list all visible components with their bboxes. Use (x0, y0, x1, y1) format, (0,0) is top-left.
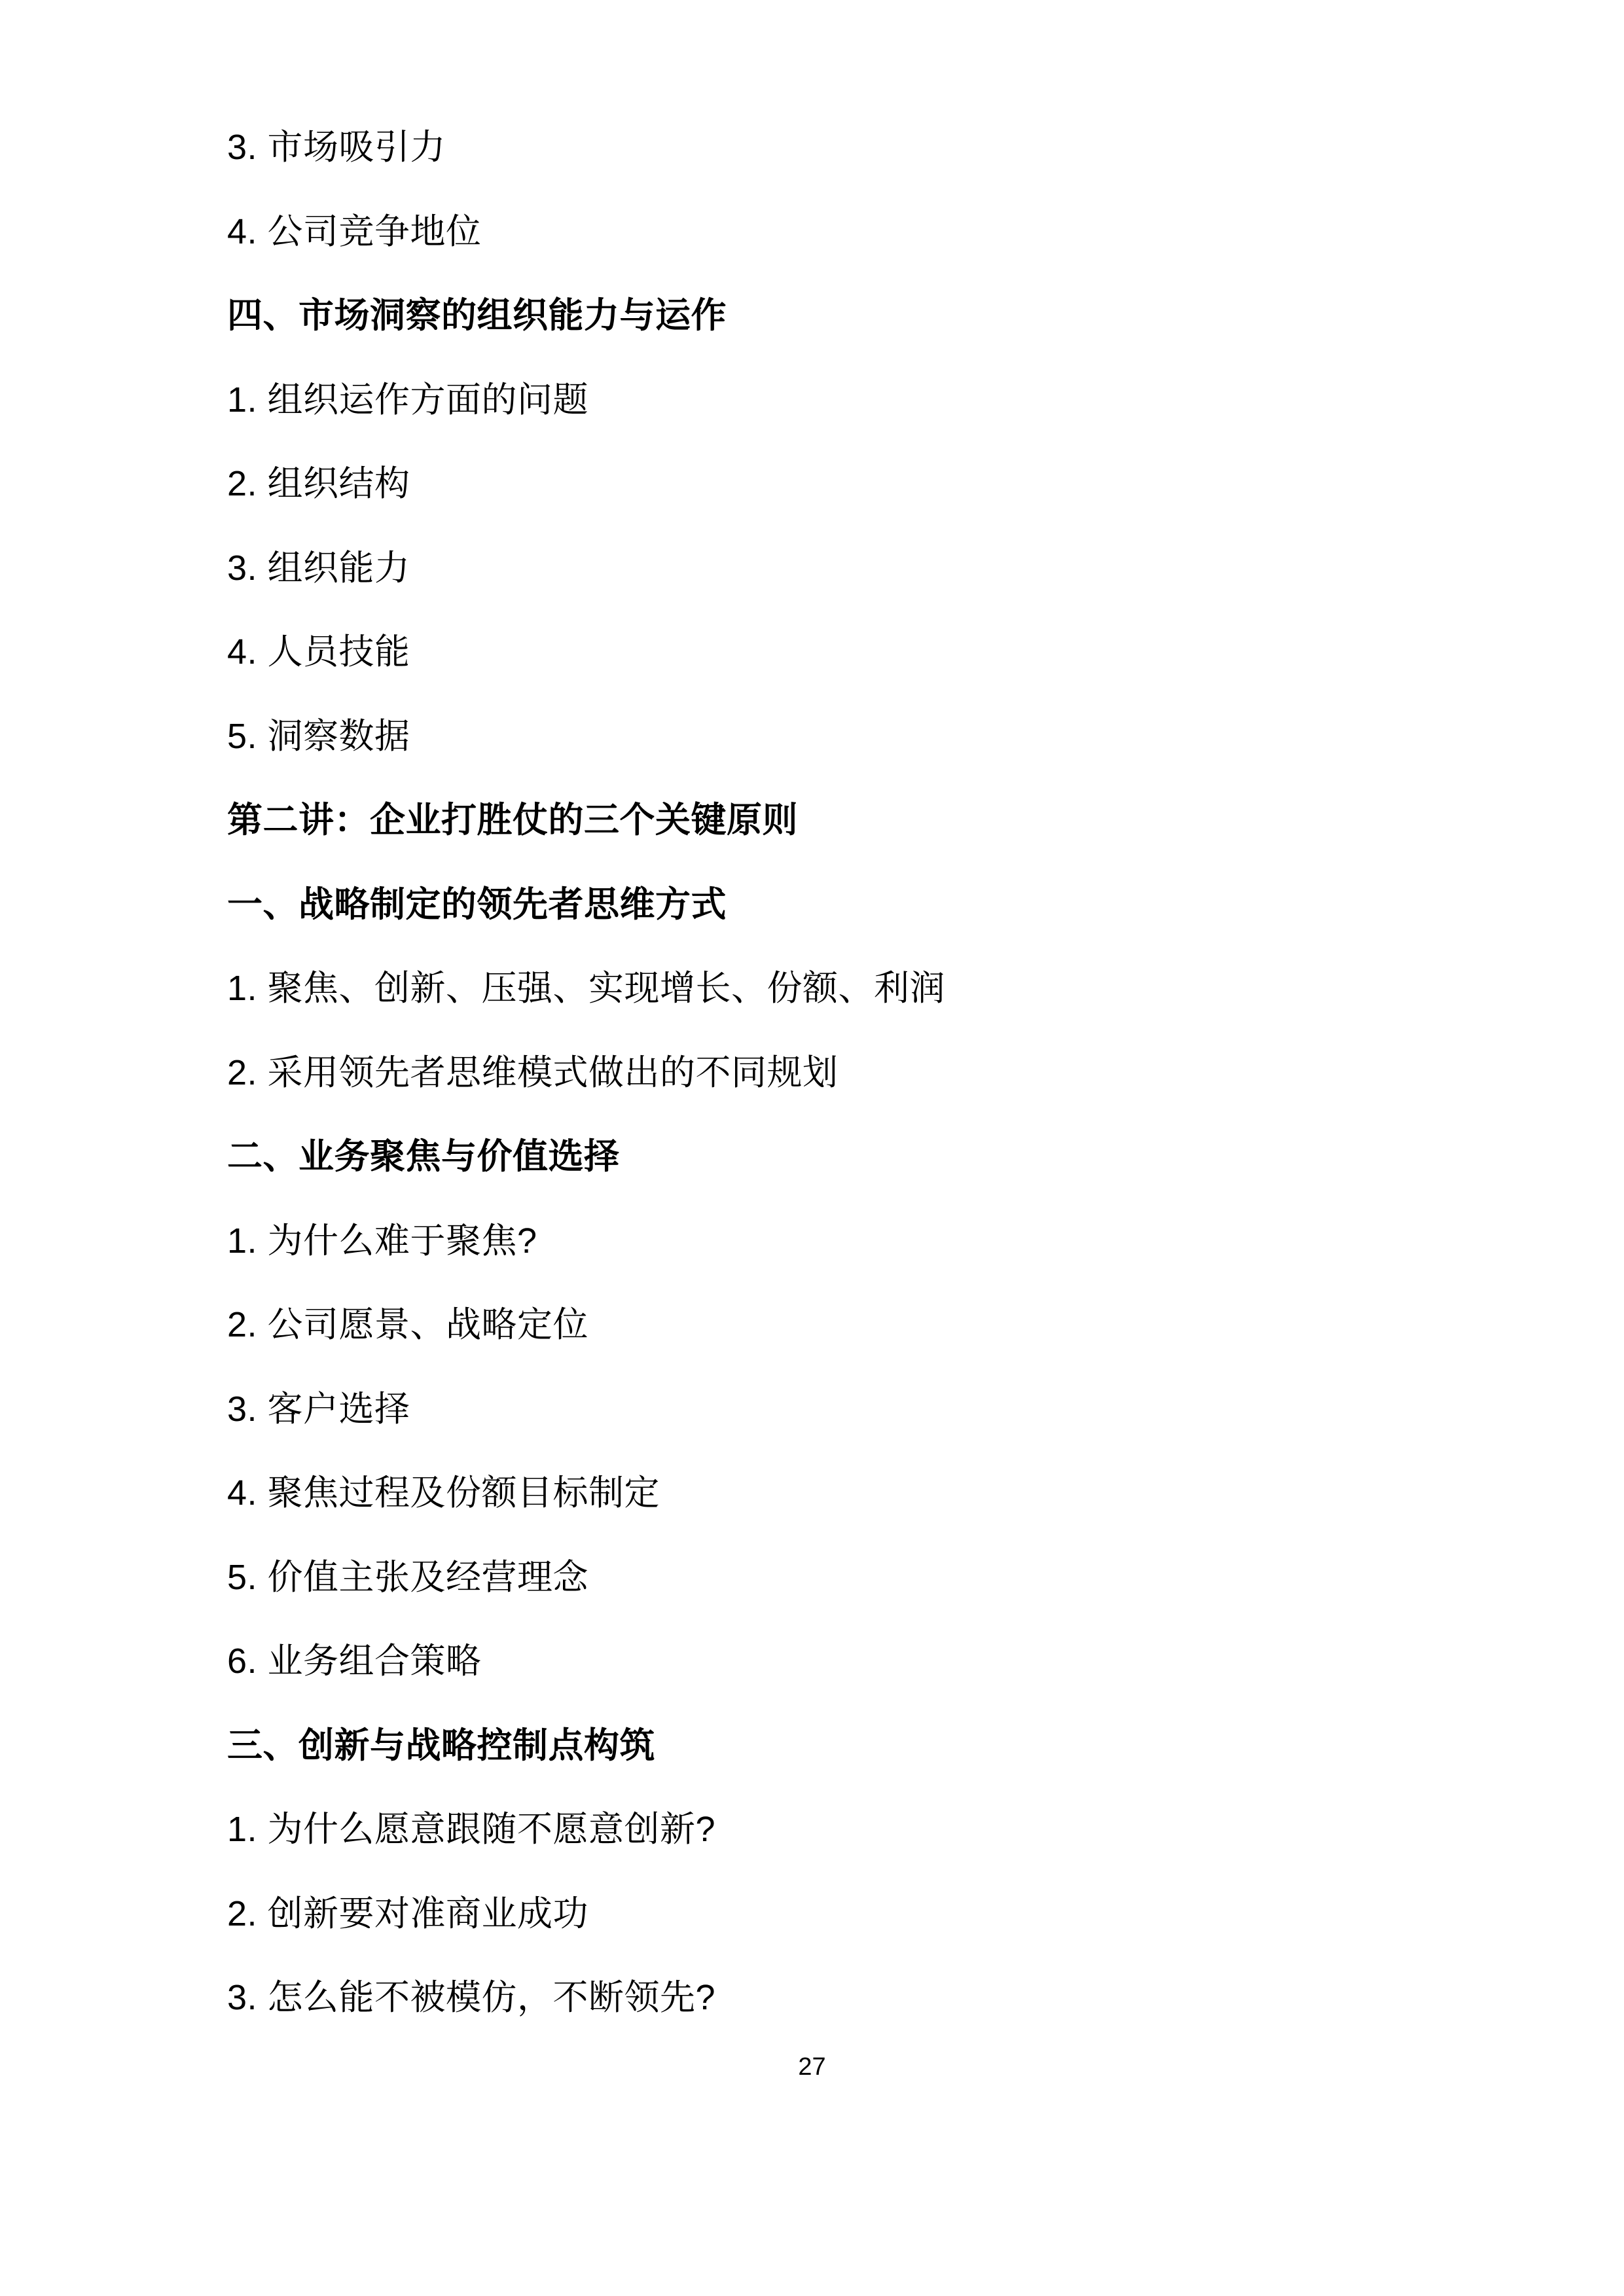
outline-item: 2. 组织结构 (227, 442, 1493, 526)
outline-item: 3. 组织能力 (227, 526, 1493, 611)
outline-item: 1. 组织运作方面的问题 (227, 358, 1493, 442)
page-number: 27 (0, 2047, 1624, 2087)
outline-item: 1. 为什么愿意跟随不愿意创新? (227, 1787, 1493, 1872)
outline-item: 3. 怎么能不被模仿，不断领先? (227, 1956, 1493, 2040)
outline-heading: 四、市场洞察的组织能力与运作 (227, 274, 1493, 358)
outline-item: 4. 公司竞争地位 (227, 190, 1493, 274)
outline-heading: 三、创新与战略控制点构筑 (227, 1704, 1493, 1788)
outline-content: 3. 市场吸引力 4. 公司竞争地位 四、市场洞察的组织能力与运作 1. 组织运… (227, 105, 1493, 2040)
outline-chapter-heading: 第二讲：企业打胜仗的三个关键原则 (227, 778, 1493, 863)
outline-item: 1. 为什么难于聚焦? (227, 1199, 1493, 1283)
outline-item: 3. 市场吸引力 (227, 105, 1493, 190)
outline-item: 5. 价值主张及经营理念 (227, 1535, 1493, 1620)
outline-item: 2. 公司愿景、战略定位 (227, 1283, 1493, 1367)
outline-item: 2. 创新要对准商业成功 (227, 1872, 1493, 1956)
outline-item: 4. 人员技能 (227, 610, 1493, 694)
outline-item: 5. 洞察数据 (227, 694, 1493, 779)
outline-heading: 一、战略制定的领先者思维方式 (227, 863, 1493, 947)
outline-item: 4. 聚焦过程及份额目标制定 (227, 1451, 1493, 1535)
outline-item: 3. 客户选择 (227, 1367, 1493, 1452)
outline-heading: 二、业务聚焦与价值选择 (227, 1115, 1493, 1199)
document-page: 3. 市场吸引力 4. 公司竞争地位 四、市场洞察的组织能力与运作 1. 组织运… (0, 0, 1624, 2296)
outline-item: 6. 业务组合策略 (227, 1619, 1493, 1704)
outline-item: 2. 采用领先者思维模式做出的不同规划 (227, 1031, 1493, 1115)
outline-item: 1. 聚焦、创新、压强、实现增长、份额、利润 (227, 946, 1493, 1031)
